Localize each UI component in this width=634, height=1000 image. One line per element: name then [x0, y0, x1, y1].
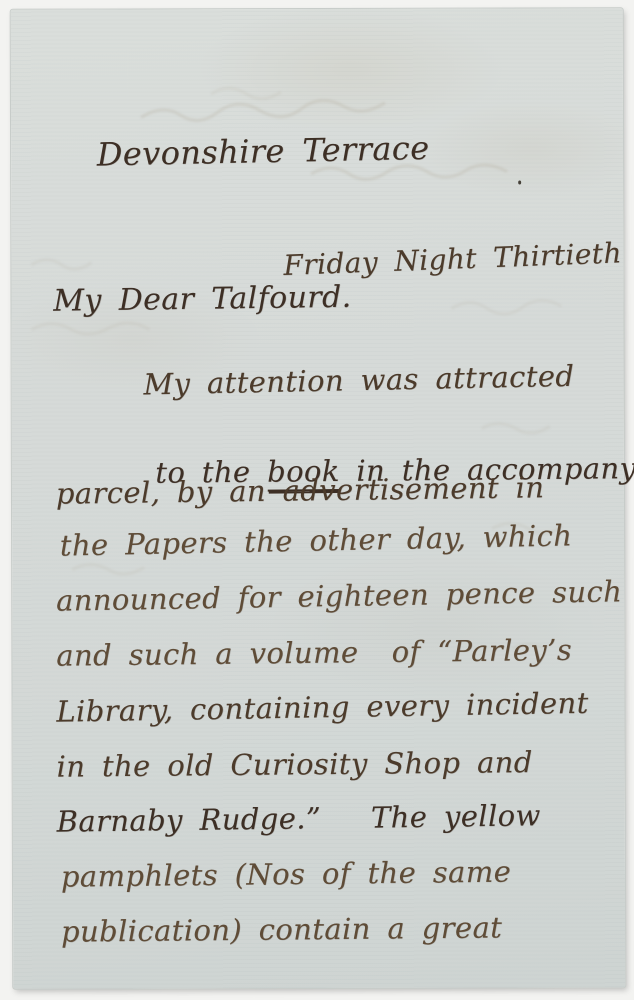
scanned-letter-page: Devonshire Terrace Friday Night Thirtiet…: [0, 0, 634, 1000]
address-line: Devonshire Terrace: [96, 129, 429, 174]
body-line: the Papers the other day, which: [59, 518, 572, 562]
body-line: in the old Curiosity Shop and: [56, 745, 533, 784]
body-line: Library, containing every incident: [56, 686, 589, 729]
body-line: parcel, by an advertisement in: [56, 470, 545, 510]
body-line: pamphlets (Nos of the same: [61, 855, 512, 894]
body-line: publication) contain a great: [61, 910, 503, 948]
body-line: Barnaby Rudge.” The yellow: [56, 798, 540, 838]
ink-speck: [518, 180, 521, 184]
body-line: and such a volume of “Parley’s: [56, 633, 572, 673]
body-line: announced for eighteen pence such: [56, 574, 623, 617]
dateline-text: Friday Night Thirtieth Dec: [283, 234, 634, 282]
salutation: My Dear Talfourd.: [53, 280, 352, 319]
letter-paper-sheet: Devonshire Terrace Friday Night Thirtiet…: [11, 8, 626, 989]
body-line: My attention was attracted: [143, 359, 575, 402]
